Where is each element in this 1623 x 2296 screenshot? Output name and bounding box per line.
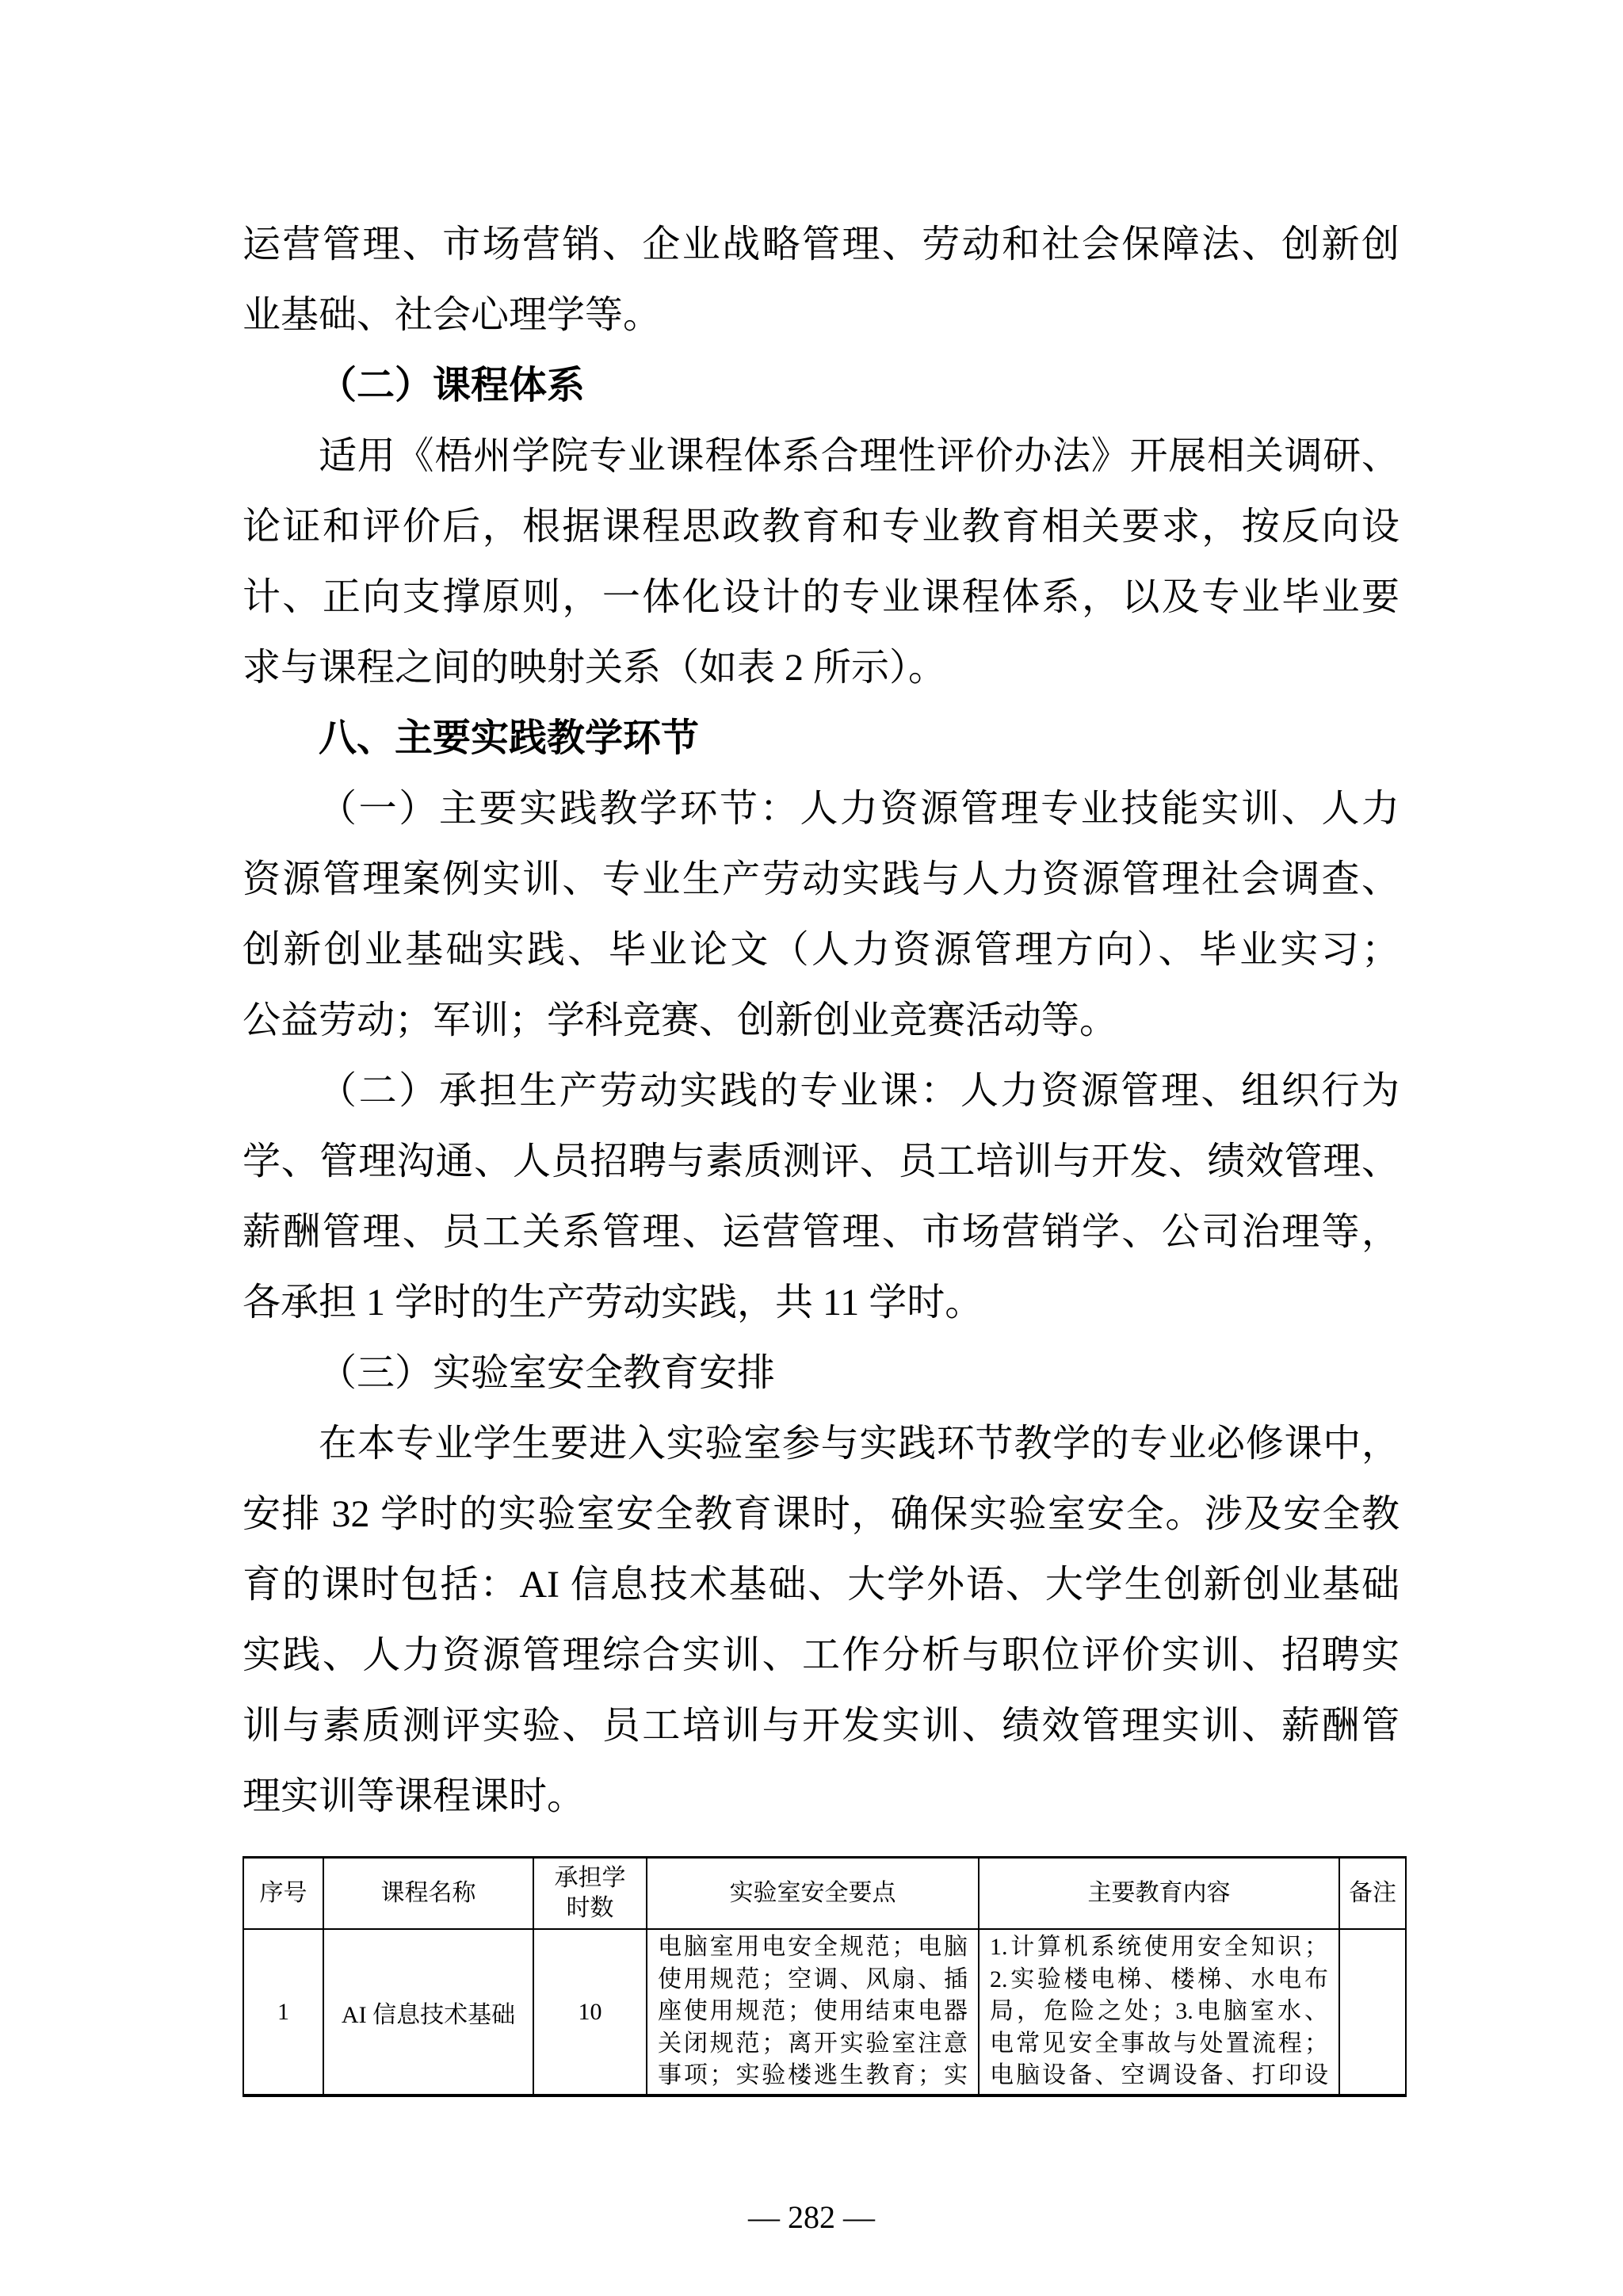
cell-text-line: 座使用规范；使用结束电器 — [658, 1996, 968, 2028]
text-line: 各承担 1 学时的生产劳动实践，共 11 学时。 — [242, 1267, 1400, 1338]
cell-remark — [1339, 1929, 1406, 2095]
col-header-education-content: 主要教育内容 — [979, 1858, 1339, 1930]
cell-text-line: 关闭规范；离开实验室注意 — [658, 2028, 968, 2061]
table-header-row: 序号 课程名称 承担学 时数 实验室安全要点 主要教育内容 备注 — [243, 1858, 1406, 1930]
text-line: 公益劳动；军训；学科竞赛、创新创业竞赛活动等。 — [242, 985, 1400, 1056]
cell-text-line: 电常见安全事故与处置流程； — [990, 2028, 1328, 2061]
heading-practice-teaching: 八、主要实践教学环节 — [242, 703, 1400, 774]
cell-text-line: 局，危险之处；3.电脑室水、 — [990, 1996, 1328, 2028]
text-line: 理实训等课程课时。 — [242, 1761, 1400, 1832]
text-line: 业基础、社会心理学等。 — [242, 280, 1400, 350]
text-line: 运营管理、市场营销、企业战略管理、劳动和社会保障法、创新创 — [242, 209, 1400, 280]
heading-lab-safety: （三）实验室安全教育安排 — [242, 1338, 1400, 1408]
text-line: 资源管理案例实训、专业生产劳动实践与人力资源管理社会调查、 — [242, 844, 1400, 915]
text-line: 论证和评价后，根据课程思政教育和专业教育相关要求，按反向设 — [242, 491, 1400, 562]
text-line: 安排 32 学时的实验室安全教育课时，确保实验室安全。涉及安全教 — [242, 1479, 1400, 1549]
text-line: 适用《梧州学院专业课程体系合理性评价办法》开展相关调研、 — [242, 421, 1400, 491]
cell-seq: 1 — [243, 1929, 323, 2095]
col-header-course-name: 课程名称 — [323, 1858, 533, 1930]
cell-text-line: 事项；实验楼逃生教育；实 — [658, 2060, 968, 2092]
text-line: 求与课程之间的映射关系（如表 2 所示）。 — [242, 632, 1400, 703]
heading-course-system: （二）课程体系 — [242, 350, 1400, 421]
document-page: 运营管理、市场营销、企业战略管理、劳动和社会保障法、创新创 业基础、社会心理学等… — [0, 0, 1623, 2296]
text-line: 在本专业学生要进入实验室参与实践环节教学的专业必修课中， — [242, 1408, 1400, 1479]
body-text: 运营管理、市场营销、企业战略管理、劳动和社会保障法、创新创 业基础、社会心理学等… — [242, 209, 1400, 1832]
cell-text-line: 电脑设备、空调设备、打印设 — [990, 2060, 1328, 2092]
cell-education-content: 1.计算机系统使用安全知识； 2.实验楼电梯、楼梯、水电布 局，危险之处；3.电… — [979, 1929, 1339, 2095]
cell-hours: 10 — [533, 1929, 647, 2095]
text-line: 训与素质测评实验、员工培训与开发实训、绩效管理实训、薪酬管 — [242, 1690, 1400, 1761]
cell-text-line: 电脑室用电安全规范；电脑 — [658, 1931, 968, 1964]
table-row: 1 AI 信息技术基础 10 电脑室用电安全规范；电脑 使用规范；空调、风扇、插… — [243, 1929, 1406, 2095]
cell-safety-points: 电脑室用电安全规范；电脑 使用规范；空调、风扇、插 座使用规范；使用结束电器 关… — [647, 1929, 979, 2095]
page-number: — 282 — — [0, 2195, 1623, 2240]
safety-education-table: 序号 课程名称 承担学 时数 实验室安全要点 主要教育内容 备注 1 AI 信息… — [242, 1856, 1407, 2097]
text-line: 薪酬管理、员工关系管理、运营管理、市场营销学、公司治理等， — [242, 1197, 1400, 1267]
text-line: 实践、人力资源管理综合实训、工作分析与职位评价实训、招聘实 — [242, 1620, 1400, 1690]
cell-text-line: 1.计算机系统使用安全知识； — [990, 1931, 1328, 1964]
cell-text-line: 使用规范；空调、风扇、插 — [658, 1964, 968, 1996]
text-line: 创新创业基础实践、毕业论文（人力资源管理方向）、毕业实习； — [242, 915, 1400, 985]
text-line: （一）主要实践教学环节：人力资源管理专业技能实训、人力 — [242, 774, 1400, 844]
col-header-hours: 承担学 时数 — [533, 1858, 647, 1930]
text-line: （二）承担生产劳动实践的专业课：人力资源管理、组织行为 — [242, 1056, 1400, 1126]
text-line: 学、管理沟通、人员招聘与素质测评、员工培训与开发、绩效管理、 — [242, 1126, 1400, 1197]
text-line: 育的课时包括：AI 信息技术基础、大学外语、大学生创新创业基础 — [242, 1549, 1400, 1620]
cell-text-line: 2.实验楼电梯、楼梯、水电布 — [990, 1964, 1328, 1996]
col-header-remark: 备注 — [1339, 1858, 1406, 1930]
col-header-safety-points: 实验室安全要点 — [647, 1858, 979, 1930]
col-header-seq: 序号 — [243, 1858, 323, 1930]
cell-course-name: AI 信息技术基础 — [323, 1929, 533, 2095]
text-line: 计、正向支撑原则，一体化设计的专业课程体系，以及专业毕业要 — [242, 562, 1400, 632]
